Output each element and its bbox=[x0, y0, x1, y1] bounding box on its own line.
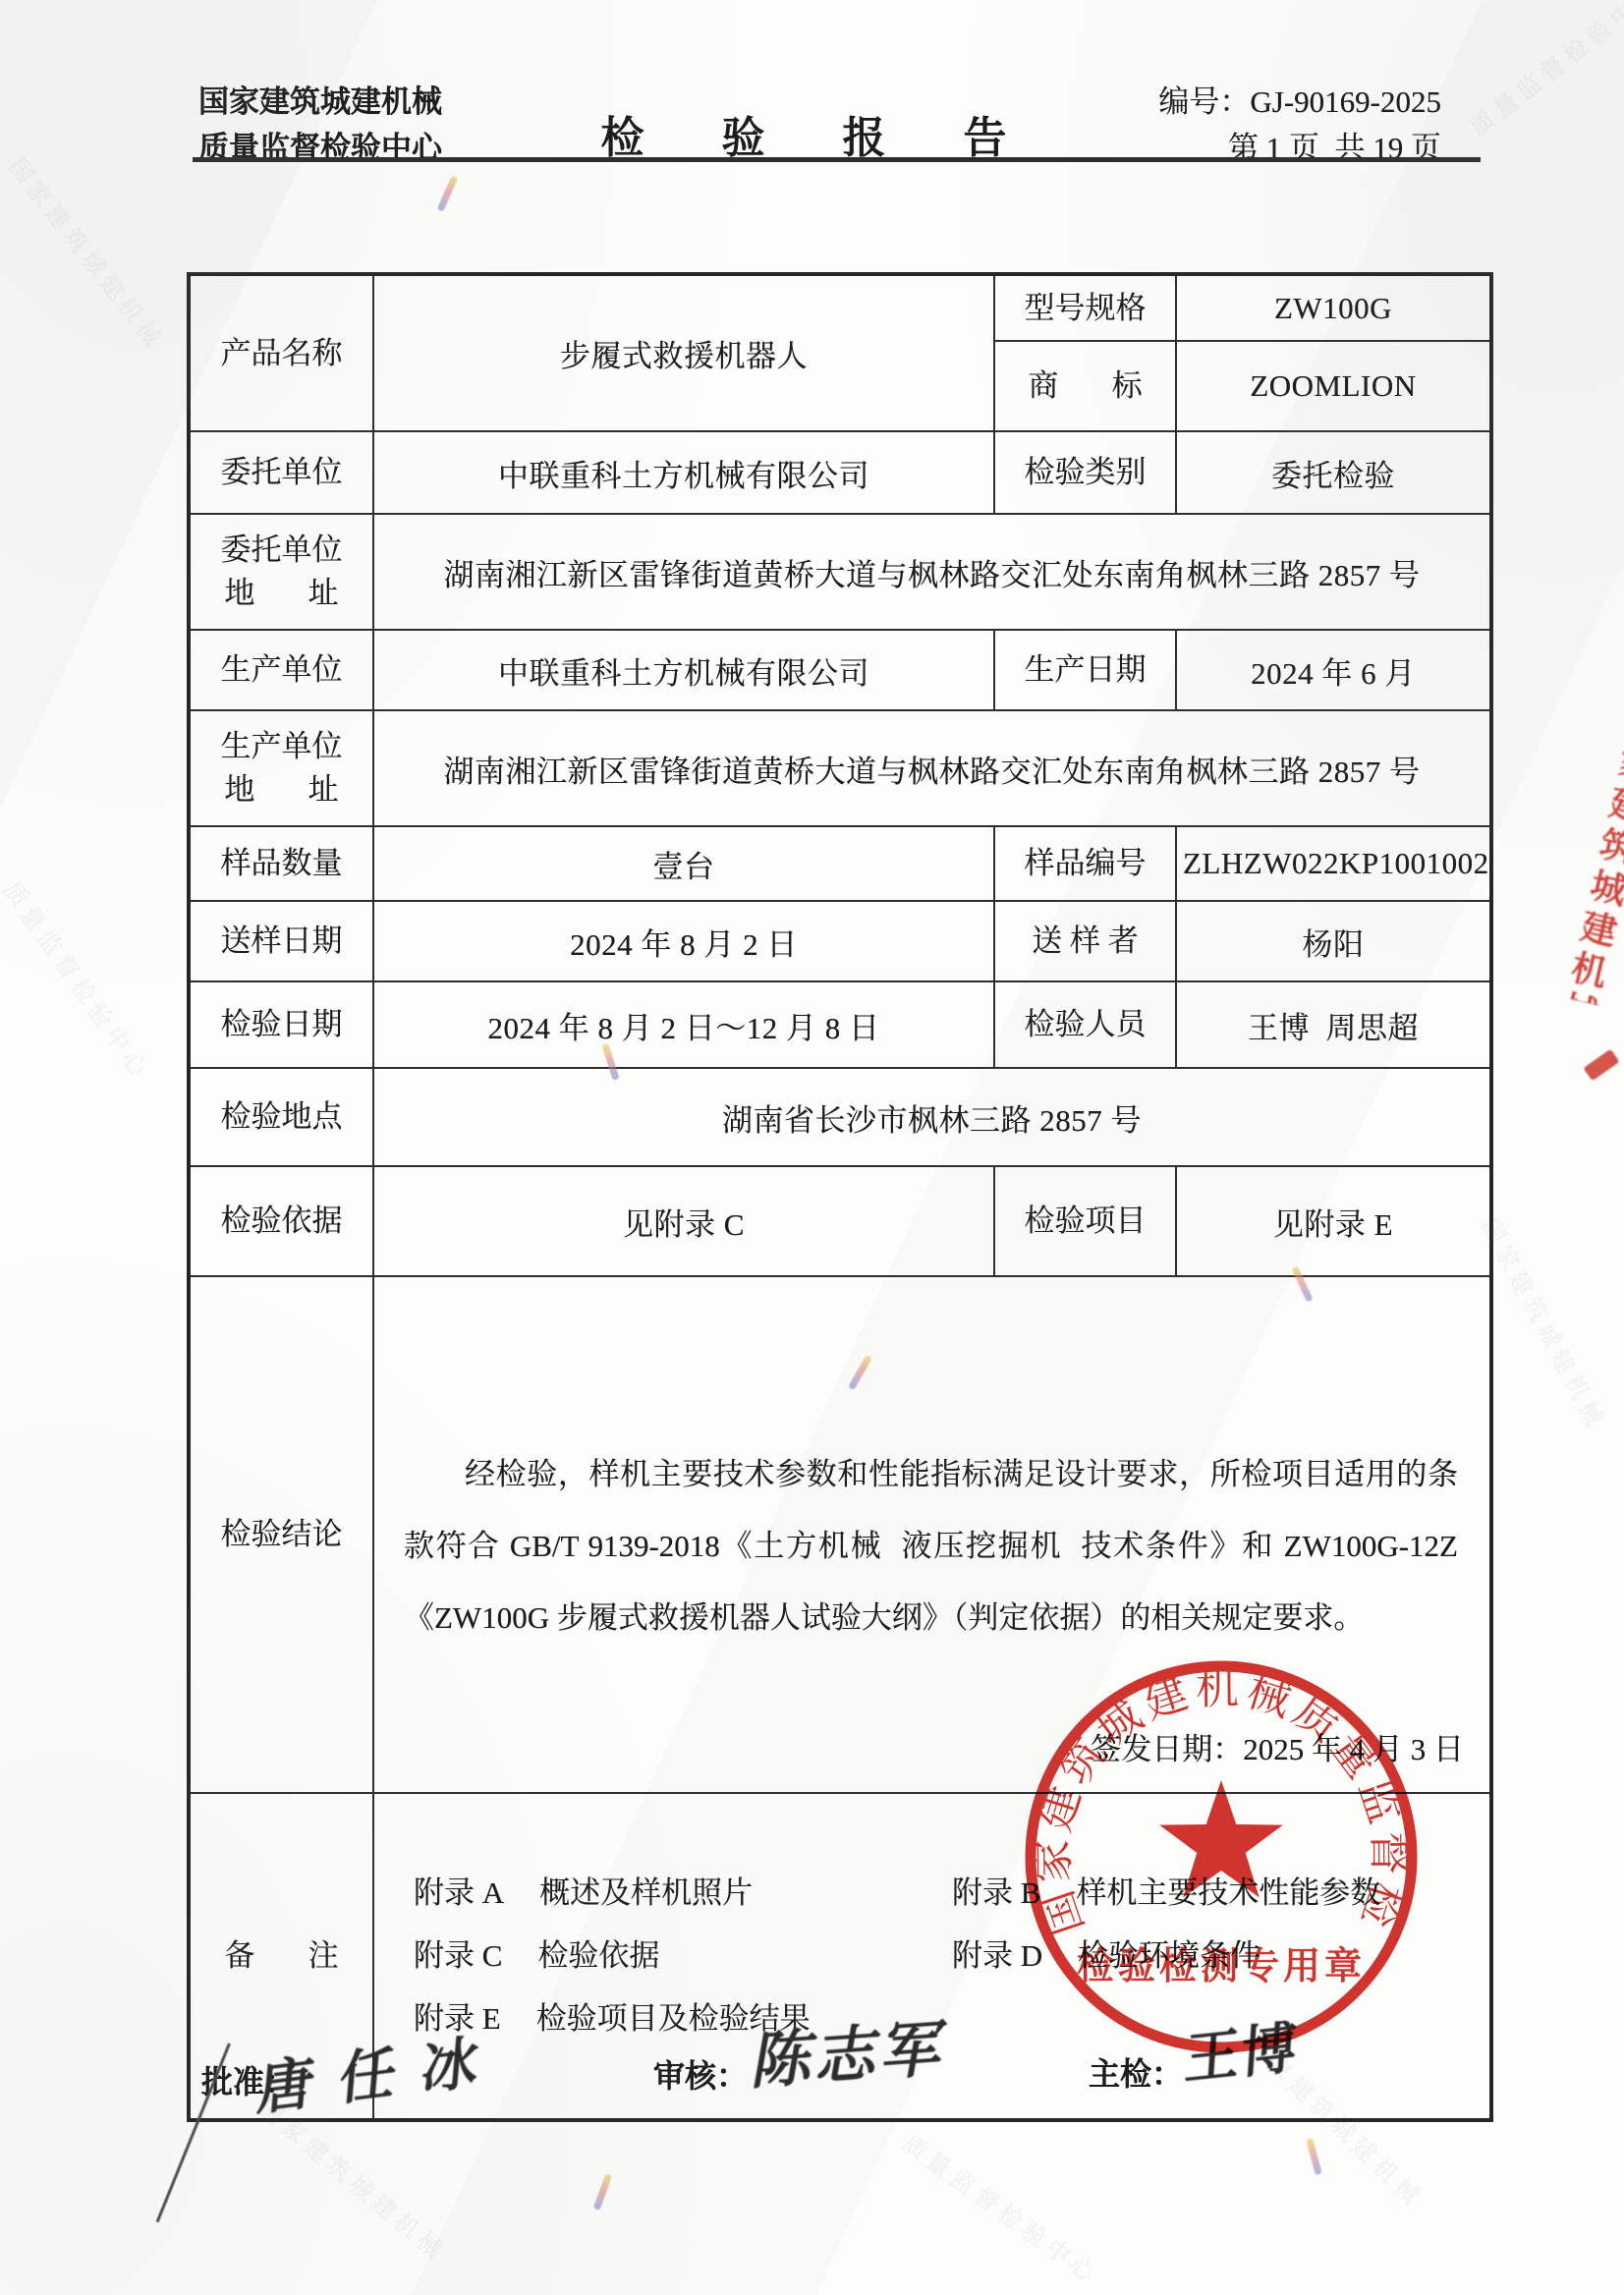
send-date-value: 2024 年 8 月 2 日 bbox=[373, 901, 994, 981]
appendix-b-id: 附录 B bbox=[952, 1873, 1040, 1914]
report-table: 产品名称 步履式救援机器人 型号规格 ZW100G 商 标 ZOOMLION 委… bbox=[187, 272, 1493, 2122]
location-value: 湖南省长沙市枫林三路 2857 号 bbox=[373, 1068, 1491, 1166]
table-row: 生产单位 中联重科土方机械有限公司 生产日期 2024 年 6 月 bbox=[189, 630, 1491, 710]
model-label: 型号规格 bbox=[994, 274, 1176, 341]
appendix-d-title: 检验环境条件 bbox=[1078, 1935, 1260, 1977]
basis-value: 见附录 C bbox=[373, 1166, 994, 1276]
items-value: 见附录 E bbox=[1176, 1166, 1491, 1276]
product-name-label: 产品名称 bbox=[189, 274, 373, 431]
table-row: 委托单位 中联重科土方机械有限公司 检验类别 委托检验 bbox=[189, 431, 1491, 514]
org-line1: 国家建筑城建机械 bbox=[198, 84, 442, 119]
model-value: ZW100G bbox=[1176, 274, 1491, 341]
table-row: 生产单位 地 址 湖南湘江新区雷锋街道黄桥大道与枫林路交汇处东南角枫林三路 28… bbox=[189, 710, 1491, 826]
appendix-b: 附录 B样机主要技术性能参数 bbox=[952, 1873, 1484, 1914]
appendix-c-title: 检验依据 bbox=[537, 1935, 659, 1977]
conclusion-cell: 经检验，样机主要技术参数和性能指标满足设计要求，所检项目适用的条款符合 GB/T… bbox=[373, 1276, 1491, 1793]
review-signature: 陈志军 bbox=[747, 1998, 956, 2100]
inspection-date-value: 2024 年 8 月 2 日～12 月 8 日 bbox=[373, 981, 994, 1068]
inspection-type-value: 委托检验 bbox=[1176, 431, 1491, 514]
trademark-value: ZOOMLION bbox=[1176, 341, 1491, 431]
items-label: 检验项目 bbox=[994, 1166, 1176, 1276]
appendix-d: 附录 D检验环境条件 bbox=[952, 1935, 1484, 1977]
signature-row: 批准： 唐任冰 审核： 陈志军 主检： 王博 bbox=[0, 2022, 1624, 2258]
scan-noise: 质量监督检验中心 bbox=[0, 873, 160, 1087]
sender-label: 送 样 者 bbox=[994, 901, 1176, 981]
inspectors-label: 检验人员 bbox=[994, 981, 1176, 1068]
appendix-c: 附录 C检验依据 bbox=[414, 1935, 952, 1977]
trademark-label: 商 标 bbox=[994, 341, 1176, 431]
sample-no-label: 样品编号 bbox=[994, 826, 1176, 901]
product-name-value: 步履式救援机器人 bbox=[373, 274, 994, 431]
edge-stamp-dash bbox=[1583, 1049, 1619, 1082]
security-fiber bbox=[437, 175, 459, 212]
appendix-a-id: 附录 A bbox=[414, 1873, 504, 1914]
sample-qty-label: 样品数量 bbox=[189, 826, 373, 901]
approve-signature-flourish bbox=[156, 2043, 231, 2222]
manufacturer-address-label: 生产单位 地 址 bbox=[189, 710, 373, 826]
table-row: 检验日期 2024 年 8 月 2 日～12 月 8 日 检验人员 王博 周思超 bbox=[189, 981, 1491, 1068]
appendix-b-title: 样机主要技术性能参数 bbox=[1076, 1873, 1380, 1914]
client-address-label: 委托单位 地 址 bbox=[189, 514, 373, 630]
conclusion-text: 经检验，样机主要技术参数和性能指标满足设计要求，所检项目适用的条款符合 GB/T… bbox=[404, 1438, 1458, 1653]
appendix-d-id: 附录 D bbox=[952, 1935, 1042, 1977]
inspectors-value: 王博 周思超 bbox=[1176, 981, 1491, 1068]
client-value: 中联重科土方机械有限公司 bbox=[373, 431, 994, 514]
scan-noise: 质量监督检验中心 bbox=[1462, 0, 1624, 142]
production-date-label: 生产日期 bbox=[994, 630, 1176, 710]
report-number: 编号：GJ-90169-2025 bbox=[1158, 84, 1441, 119]
inspection-type-label: 检验类别 bbox=[994, 431, 1176, 514]
sample-qty-value: 壹台 bbox=[373, 826, 994, 901]
table-row: 检验依据 见附录 C 检验项目 见附录 E bbox=[189, 1166, 1491, 1276]
client-label: 委托单位 bbox=[189, 431, 373, 514]
chief-signature: 王博 bbox=[1182, 2003, 1301, 2095]
conclusion-label: 检验结论 bbox=[189, 1276, 373, 1793]
send-date-label: 送样日期 bbox=[189, 901, 373, 981]
table-row: 检验结论 经检验，样机主要技术参数和性能指标满足设计要求，所检项目适用的条款符合… bbox=[189, 1276, 1491, 1793]
client-address-value: 湖南湘江新区雷锋街道黄桥大道与枫林路交汇处东南角枫林三路 2857 号 bbox=[373, 514, 1491, 630]
scan-noise: 国家建筑城建机械 bbox=[2, 149, 174, 357]
manufacturer-value: 中联重科土方机械有限公司 bbox=[373, 630, 994, 710]
review-label: 审核： bbox=[653, 2051, 748, 2097]
inspection-report-page: 国家建筑城建机械质量监督检验中心 检 验 报 告 编号：GJ-90169-202… bbox=[0, 0, 1624, 2295]
report-title: 检 验 报 告 bbox=[585, 102, 1040, 165]
table-row: 样品数量 壹台 样品编号 ZLHZW022KP1001002 bbox=[189, 826, 1491, 901]
sample-no-value: ZLHZW022KP1001002 bbox=[1176, 826, 1491, 901]
table-row: 委托单位 地 址 湖南湘江新区雷锋街道黄桥大道与枫林路交汇处东南角枫林三路 28… bbox=[189, 514, 1491, 630]
edge-stamp-bleed: 国家建筑城建机械质量监督检验中心 bbox=[1545, 697, 1624, 1007]
manufacturer-address-value: 湖南湘江新区雷锋街道黄桥大道与枫林路交汇处东南角枫林三路 2857 号 bbox=[373, 710, 1491, 826]
appendix-a: 附录 A概述及样机照片 bbox=[414, 1873, 952, 1914]
approve-signature: 唐任冰 bbox=[254, 2012, 508, 2126]
production-date-value: 2024 年 6 月 bbox=[1176, 630, 1491, 710]
table-row: 送样日期 2024 年 8 月 2 日 送 样 者 杨阳 bbox=[189, 901, 1491, 981]
basis-label: 检验依据 bbox=[189, 1166, 373, 1276]
chief-label: 主检： bbox=[1089, 2049, 1183, 2095]
location-label: 检验地点 bbox=[189, 1068, 373, 1166]
inspection-date-label: 检验日期 bbox=[189, 981, 373, 1068]
table-row: 产品名称 步履式救援机器人 型号规格 ZW100G bbox=[189, 274, 1491, 341]
manufacturer-label: 生产单位 bbox=[189, 630, 373, 710]
header-divider bbox=[193, 157, 1481, 162]
appendix-c-id: 附录 C bbox=[414, 1935, 502, 1977]
scan-noise: 国家建筑城建机械 bbox=[1475, 1211, 1616, 1435]
issue-date: 签发日期：2025 年 4 月 3 日 bbox=[1091, 1724, 1464, 1768]
appendix-a-title: 概述及样机照片 bbox=[539, 1873, 753, 1914]
sender-value: 杨阳 bbox=[1176, 901, 1491, 981]
table-row: 检验地点 湖南省长沙市枫林三路 2857 号 bbox=[189, 1068, 1491, 1166]
